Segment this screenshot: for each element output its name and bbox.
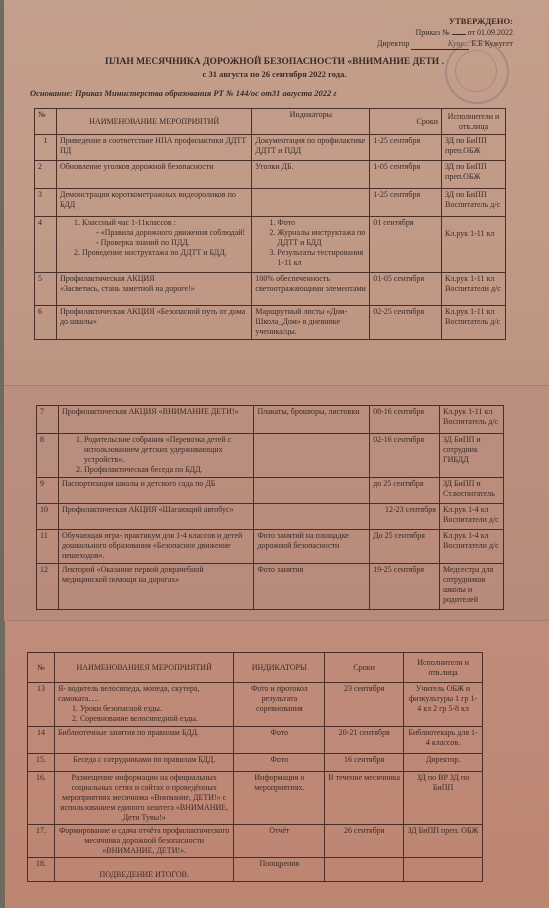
numbered-list: Фото Журналы инструктажа по ДДТТ и БДД Р… [255, 218, 366, 268]
document-basis: Основание: Приказ Министерства образован… [30, 88, 336, 98]
plan-table-part-2: 7 Профилактическая АКЦИЯ «ВНИМАНИЕ ДЕТИ!… [36, 405, 504, 610]
table-row: 14 Библиотечные занятия по правилам БДД.… [28, 727, 483, 754]
document-photo: УТВЕРЖДЕНО: Приказ № от 01.09.2022 Дирек… [0, 0, 549, 908]
table-row: 1 Приведение в соответствие НПА профилак… [35, 135, 506, 161]
table-header: № НАИМЕНОВАНИЕ МЕРОПРИЯТИЙ Индикаторы Ср… [35, 109, 506, 135]
table-row: 12 Лекторий «Оказание первой доврачебной… [37, 564, 504, 610]
table-header: № НАИМЕНОВАНИЕЯ МЕРОПРИЯТИЙ ИНДИКАТОРЫ С… [28, 653, 483, 683]
table-row: 18. ПОДВЕДЕНИЕ ИТОГОВ. Поощрения [28, 858, 483, 882]
table-row: 5 Профилактическая АКЦИЯ«Засветись, стан… [35, 273, 506, 306]
document-title: ПЛАН МЕСЯЧНИКА ДОРОЖНОЙ БЕЗОПАСНОСТИ «ВН… [0, 56, 549, 80]
numbered-list: Уроки безопасной езды. Соревнование вело… [58, 704, 231, 724]
numbered-list: Родительские собрания «Перевозка детей с… [62, 435, 251, 475]
order-label: Приказ № [415, 28, 449, 37]
table-row: 4 Классный час 1-11классов : - «Правила … [35, 217, 506, 273]
table-row: 7 Профилактическая АКЦИЯ «ВНИМАНИЕ ДЕТИ!… [37, 406, 504, 434]
plan-table-part-1: № НАИМЕНОВАНИЕ МЕРОПРИЯТИЙ Индикаторы Ср… [34, 108, 506, 340]
table-row: 13 Я- водитель велосипеда, мопеда, скуте… [28, 683, 483, 727]
director-name: Б.Б Кужугет [471, 39, 513, 48]
table-row: 17. Формирование и сдача отчёта профилак… [28, 825, 483, 858]
table-row: 8 Родительские собрания «Перевозка детей… [37, 434, 504, 478]
table-row: 6 Профилактическая АКЦИЯ «Безопасной пут… [35, 306, 506, 340]
table-row: 3 Демонстрация короткометражных видеорол… [35, 189, 506, 217]
table-row: 10 Профилактическая АКЦИЯ «Шагающий авто… [37, 504, 504, 530]
order-date: от 01.09.2022 [468, 28, 513, 37]
numbered-list: Классный час 1-11классов : - «Правила до… [60, 218, 248, 258]
table-row: 16. Размещение информации на официальных… [28, 772, 483, 825]
title-period: с 31 августа по 26 сентября 2022 года. [0, 68, 549, 80]
title-main: ПЛАН МЕСЯЧНИКА ДОРОЖНОЙ БЕЗОПАСНОСТИ «ВН… [0, 56, 549, 68]
director-label: Директор [377, 39, 409, 48]
table-row: 11 Обучающая игра- практикум для 1-4 кла… [37, 530, 504, 564]
signature: Куну... [411, 38, 469, 50]
approval-title: УТВЕРЖДЕНО: [377, 16, 513, 27]
approval-block: УТВЕРЖДЕНО: Приказ № от 01.09.2022 Дирек… [377, 16, 513, 50]
table-row: 2 Обновление уголков дорожной безопаснос… [35, 161, 506, 189]
table-row: 9 Паспортизация школы и детского сада по… [37, 478, 504, 504]
table-row: 15. Беседа с сотрудниками по правилам БД… [28, 754, 483, 772]
plan-table-part-3: № НАИМЕНОВАНИЕЯ МЕРОПРИЯТИЙ ИНДИКАТОРЫ С… [27, 652, 483, 882]
